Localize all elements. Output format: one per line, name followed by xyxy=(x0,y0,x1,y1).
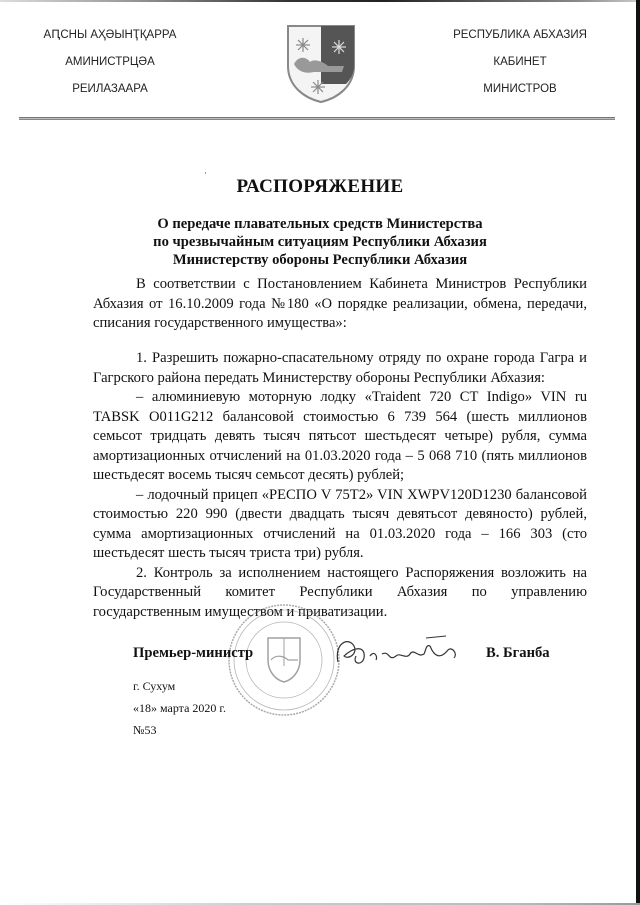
issue-city: г. Сухум xyxy=(133,679,175,694)
document-number: №53 xyxy=(133,723,156,738)
scan-edge-right xyxy=(636,0,640,905)
signatory-name: В. Бганба xyxy=(486,645,550,662)
item-1-boat: – алюминиевую моторную лодку «Traident 7… xyxy=(93,388,587,486)
handwritten-signature xyxy=(330,632,480,672)
signatory-position: Премьер-министр xyxy=(133,645,253,662)
coat-of-arms-icon xyxy=(284,22,358,104)
document-title: РАСПОРЯЖЕНИЕ xyxy=(0,176,640,198)
subtitle-line-3: Министерству обороны Республики Абхазия xyxy=(100,251,540,269)
header-left-line-1: АԤСНЫ АҲӘЫНҬҚАРРА xyxy=(10,28,210,55)
subtitle-line-2: по чрезвычайным ситуациям Республики Абх… xyxy=(100,233,540,251)
scan-edge-top xyxy=(0,0,640,2)
header-left-line-2: АМИНИСТРЦӘА xyxy=(10,55,210,82)
issue-date: «18» марта 2020 г. xyxy=(133,701,226,716)
preamble-text: В соответствии с Постановлением Кабинета… xyxy=(93,275,587,334)
subtitle-line-1: О передаче плавательных средств Министер… xyxy=(100,215,540,233)
header-divider xyxy=(19,117,615,120)
header-right-line-2: КАБИНЕТ xyxy=(420,55,620,82)
preamble-paragraph: В соответствии с Постановлением Кабинета… xyxy=(93,275,587,334)
order-items: 1. Разрешить пожарно-спасательному отряд… xyxy=(93,349,587,622)
header-right-line-1: РЕСПУБЛИКА АБХАЗИЯ xyxy=(420,28,620,55)
item-1: 1. Разрешить пожарно-спасательному отряд… xyxy=(93,349,587,388)
scan-speck xyxy=(205,172,206,174)
header-right-russian: РЕСПУБЛИКА АБХАЗИЯ КАБИНЕТ МИНИСТРОВ xyxy=(420,28,620,109)
header-left-abkhaz: АԤСНЫ АҲӘЫНҬҚАРРА АМИНИСТРЦӘА РЕИЛАЗААРА xyxy=(10,28,210,109)
header-right-line-3: МИНИСТРОВ xyxy=(420,82,620,109)
document-subtitle: О передаче плавательных средств Министер… xyxy=(100,215,540,269)
header-left-line-3: РЕИЛАЗААРА xyxy=(10,82,210,109)
item-1-trailer: – лодочный прицеп «РЕСПО V 75T2» VIN XWP… xyxy=(93,486,587,564)
